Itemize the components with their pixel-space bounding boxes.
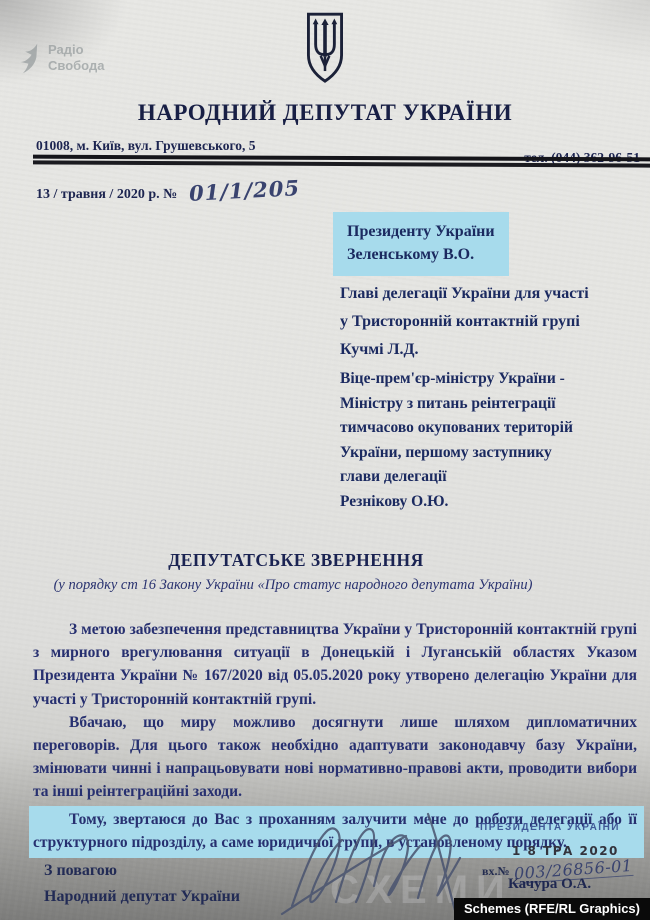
recipient-delegation-head: Главі делегації України для участі у Три… [340,280,589,364]
radio-svoboda-bird-icon [18,42,42,79]
closing-signatory-title: Народний депутат України [44,884,240,910]
recipient-line: Кучмі Л.Д. [340,336,589,364]
recipient-line: Віце-прем'єр-міністру України - [340,367,573,392]
recipient-line: Зеленському В.О. [347,243,495,266]
document-subheading: (у порядку ст 16 Закону України «Про ста… [0,577,586,594]
date-stamp: 1 8 ТРА 2020 [512,844,619,858]
reference-number-handwritten: 01/1/205 [188,175,300,206]
paragraph-2: Вбачаю, що миру можливо досягнути лише ш… [33,711,637,804]
recipient-line: Главі делегації України для участі [340,280,589,308]
recipient-line: Резнікову О.Ю. [340,490,573,515]
signatory-name: Качура О.А. [508,876,591,893]
radio-svoboda-text-line2: Свобода [48,58,104,73]
letterhead-address: 01008, м. Київ, вул. Грушевського, 5 [36,138,256,154]
closing-salutation: З повагою [44,858,240,884]
radio-svoboda-watermark: Радіо Свобода [18,42,104,79]
recipient-line: Міністру з питань реінтеграції [340,392,573,417]
incoming-number-label: вх.№ [482,864,510,878]
radio-svoboda-text-line1: Радіо [48,42,84,57]
recipient-president-highlighted: Президенту України Зеленському В.О. [333,212,509,276]
schemes-credit-label: Schemes (RFE/RL Graphics) [454,898,650,920]
recipient-line: України, першому заступнику [340,441,573,466]
date-line-printed: 13 / травня / 2020 р. № [36,187,177,202]
recipient-line: тимчасово окупованих територій [340,416,573,441]
letterhead-title: НАРОДНИЙ ДЕПУТАТ УКРАЇНИ [0,100,650,126]
recipient-vice-prime-minister: Віце-прем'єр-міністру України - Міністру… [340,367,573,514]
recipient-line: Президенту України [347,220,495,243]
recipient-line: у Тристоронній контактній групі [340,308,589,336]
ukraine-trident-emblem-icon [302,12,348,89]
office-stamp-text: ПРЕЗИДЕНТА УКРАЇНИ [480,822,620,833]
date-line: 13 / травня / 2020 р. № 01/1/205 [36,178,300,203]
paragraph-1: З метою забезпечення представництва Укра… [33,618,637,711]
document-heading: ДЕПУТАТСЬКЕ ЗВЕРНЕННЯ [0,550,592,571]
recipient-line: глави делегації [340,465,573,490]
closing-block: З повагою Народний депутат України [44,858,240,910]
